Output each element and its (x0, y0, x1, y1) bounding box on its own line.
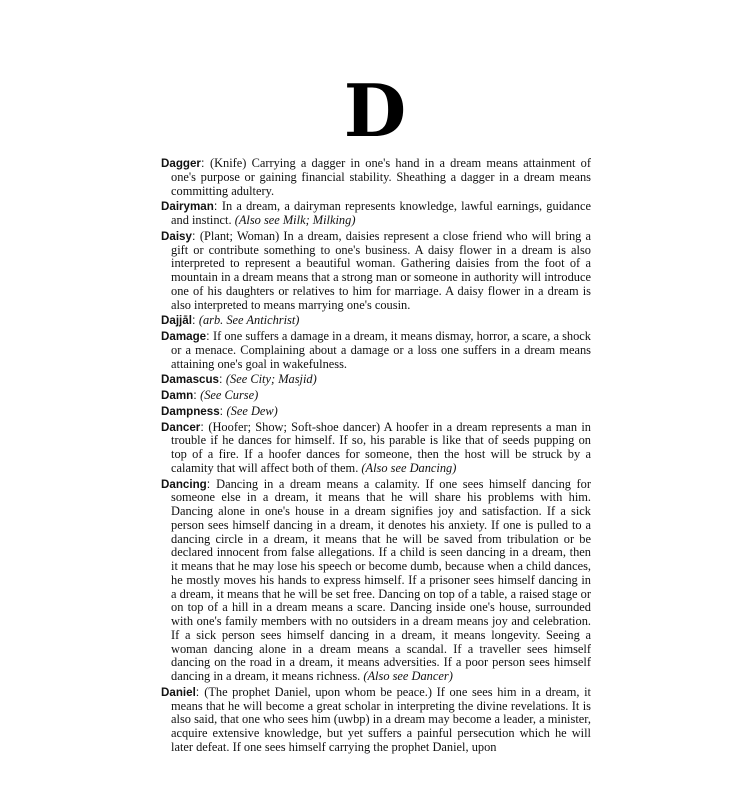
entry-damn: Damn: (See Curse) (161, 389, 591, 403)
entry-dajjal: Dajjāl: (arb. See Antichrist) (161, 314, 591, 328)
headword: Daisy (161, 230, 192, 243)
cross-reference: (See Dew) (227, 404, 278, 418)
cross-reference: (Also see Milk; Milking) (235, 213, 356, 227)
headword: Dancing (161, 478, 207, 491)
headword: Dancer (161, 421, 200, 434)
headword: Dairyman (161, 200, 214, 213)
definition: Dancing in a dream means a calamity. If … (171, 477, 591, 684)
cross-reference: (Also see Dancer) (363, 669, 452, 683)
entry-dagger: Dagger: (Knife) Carrying a dagger in one… (161, 157, 591, 198)
headword: Dampness (161, 405, 220, 418)
dictionary-entries: Dagger: (Knife) Carrying a dagger in one… (161, 157, 591, 757)
entry-dairyman: Dairyman: In a dream, a dairyman represe… (161, 200, 591, 228)
entry-dancing: Dancing: Dancing in a dream means a cala… (161, 478, 591, 684)
entry-daisy: Daisy: (Plant; Woman) In a dream, daisie… (161, 230, 591, 313)
headword: Dagger (161, 157, 201, 170)
definition: (The prophet Daniel, upon whom be peace.… (171, 685, 591, 754)
headword: Daniel (161, 686, 196, 699)
entry-dancer: Dancer: (Hoofer; Show; Soft-shoe dancer)… (161, 421, 591, 476)
definition: (Plant; Woman) In a dream, daisies repre… (171, 229, 591, 312)
headword: Dajjāl (161, 314, 192, 327)
entry-daniel: Daniel: (The prophet Daniel, upon whom b… (161, 686, 591, 755)
headword: Damascus (161, 373, 219, 386)
entry-damage: Damage: If one suffers a damage in a dre… (161, 330, 591, 371)
headword: Damage (161, 330, 206, 343)
entry-dampness: Dampness: (See Dew) (161, 405, 591, 419)
headword: Damn (161, 389, 193, 402)
cross-reference: (Also see Dancing) (361, 461, 456, 475)
entry-damascus: Damascus: (See City; Masjid) (161, 373, 591, 387)
cross-reference: (See City; Masjid) (226, 372, 317, 386)
cross-reference: (arb. See Antichrist) (199, 313, 300, 327)
definition: If one suffers a damage in a dream, it m… (171, 329, 591, 371)
section-letter: D (0, 66, 750, 156)
cross-reference: (See Curse) (200, 388, 258, 402)
definition: (Knife) Carrying a dagger in one's hand … (171, 156, 591, 198)
